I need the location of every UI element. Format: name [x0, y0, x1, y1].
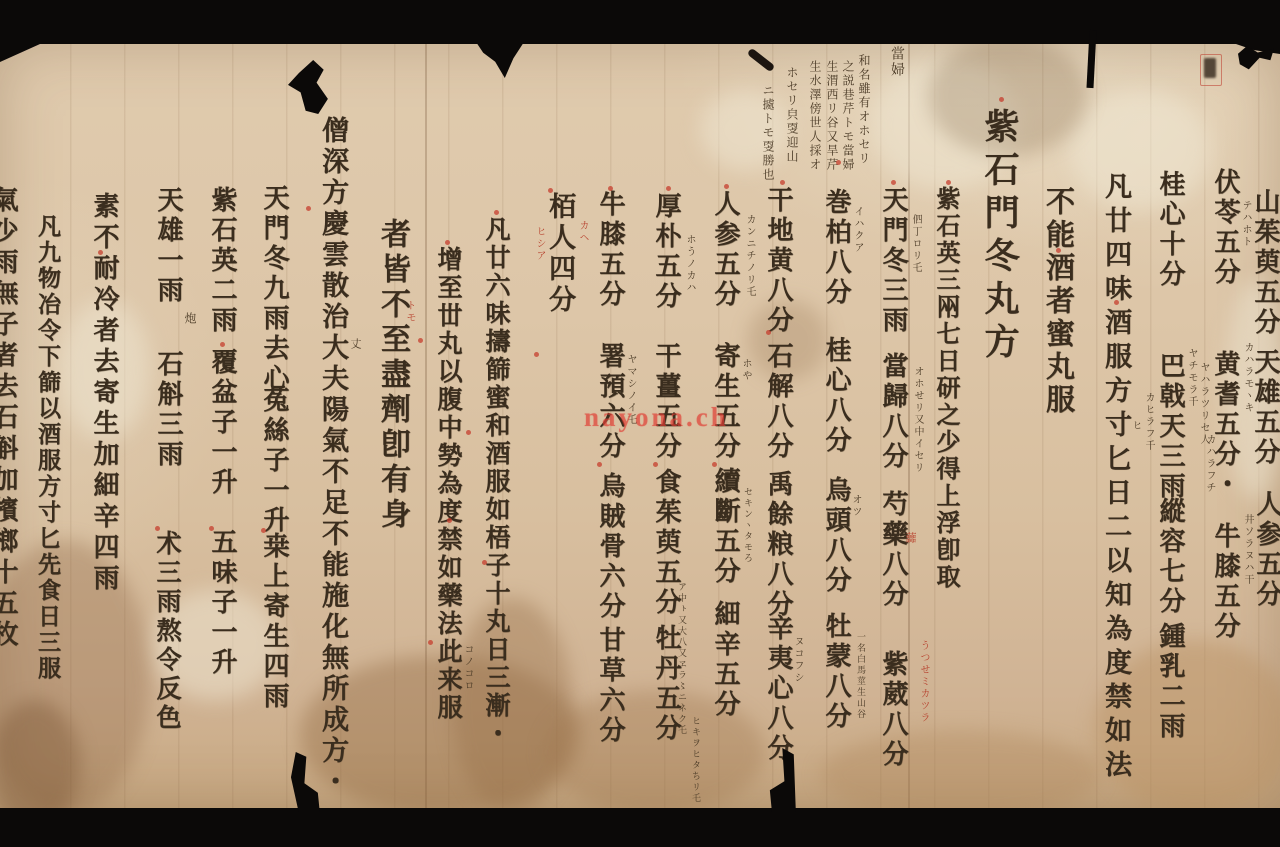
- text-column: 石解八分: [765, 342, 791, 462]
- text-column: 石斛三雨: [155, 350, 181, 470]
- annotation: カハラフチ: [1204, 434, 1214, 494]
- text-column: 芍藥八分: [880, 490, 906, 610]
- text-column: 巻柏八分: [823, 188, 849, 308]
- red-punctuation-dot: [447, 518, 452, 523]
- text-column: 天門冬三雨: [880, 186, 906, 336]
- watermark: nayona.ch: [584, 402, 729, 433]
- text-column: 天雄一雨: [155, 186, 181, 306]
- red-punctuation-dot: [428, 640, 433, 645]
- annotation: ホセリ㒵㪅迎山: [786, 66, 798, 164]
- text-column: 紫葳八分: [880, 650, 906, 770]
- annotation: セキンヽタモろ: [742, 487, 751, 564]
- text-column: 鍾乳二雨: [1157, 622, 1183, 742]
- text-column: 干地黄八分: [765, 186, 791, 336]
- annotation: カヘ: [577, 220, 587, 244]
- red-punctuation-dot: [724, 184, 729, 189]
- red-punctuation-dot: [482, 560, 487, 565]
- text-column: 桂心十分: [1157, 170, 1183, 290]
- red-punctuation-dot: [712, 462, 717, 467]
- annotation: ホうノカハ: [684, 234, 694, 294]
- red-punctuation-dot: [780, 180, 785, 185]
- annotation: 虈: [905, 532, 916, 545]
- red-punctuation-dot: [209, 526, 214, 531]
- text-column: 伏苓五分: [1212, 168, 1238, 288]
- text-column: 牡丹五分: [653, 624, 679, 744]
- text-column: 氣少雨無子者去石斛加檳榔十五枚: [0, 186, 16, 651]
- text-column: 桒上寄生四雨: [261, 532, 287, 712]
- text-column: 栢人四分: [546, 192, 573, 316]
- red-punctuation-dot: [466, 430, 471, 435]
- text-column: 天雄五分: [1252, 348, 1278, 468]
- pale-patch: [1070, 90, 1210, 210]
- annotation: 一名白馬莖生山谷: [855, 632, 864, 720]
- red-punctuation-dot: [1114, 300, 1119, 305]
- water-stain: [820, 730, 1100, 820]
- text-column: 牛膝五分: [1212, 522, 1238, 642]
- red-punctuation-dot: [220, 342, 225, 347]
- annotation: 和名雖有オホセリ: [858, 54, 870, 166]
- red-punctuation-dot: [597, 462, 602, 467]
- text-column: 烏頭八分: [823, 476, 849, 596]
- red-punctuation-dot: [548, 188, 553, 193]
- text-column: 菟絲子一升: [261, 386, 287, 536]
- annotation: ヒ: [1130, 420, 1140, 432]
- red-punctuation-dot: [999, 97, 1004, 102]
- text-column: 食茱萸五分: [653, 468, 679, 618]
- text-column: 增至丗丸以腹中㔟為度禁如藥法此来服: [436, 246, 461, 722]
- text-column: 五味子一升: [209, 528, 235, 678]
- annotation: トモ: [404, 300, 414, 324]
- text-column: 凡廿四味酒服方寸匕日二以知為度禁如法: [1102, 172, 1129, 784]
- pale-patch: [700, 90, 790, 170]
- corner-annotation-mark: [1204, 58, 1216, 78]
- red-punctuation-dot: [1056, 248, 1061, 253]
- red-punctuation-dot: [766, 330, 771, 335]
- annotation: ヌコフシ: [792, 636, 802, 684]
- text-column: 不能酒者蜜丸服: [1044, 186, 1073, 417]
- annotation: テハホト: [1240, 200, 1250, 248]
- text-column: 續斷五分: [712, 467, 738, 587]
- text-column: 人参五分: [712, 190, 738, 310]
- annotation: 井ソラヌハ干: [1242, 514, 1252, 586]
- annotation: ニ㨿トモ㪅勝也: [762, 84, 774, 182]
- water-stain: [452, 598, 572, 813]
- text-column: 黄耆五分・: [1212, 350, 1238, 500]
- annotation: カヒラフ千: [1143, 392, 1153, 452]
- annotation: オホせリ又中イセリ: [912, 366, 922, 474]
- annotation: カハラモヽキ: [1242, 342, 1252, 414]
- annotation: 當婦: [890, 46, 904, 78]
- red-punctuation-dot: [261, 528, 266, 533]
- text-column: 桂心八分: [823, 336, 849, 456]
- text-column: 僧深方慶雲散治大夫陽氣不足不能施化無所成方・: [319, 116, 346, 798]
- annotation: ヒキヲヒタちリ乇: [690, 716, 699, 804]
- red-punctuation-dot: [306, 206, 311, 211]
- text-column: 禹餘粮八分: [765, 470, 791, 620]
- text-column: 牛膝五分: [597, 190, 623, 310]
- annotation: カンニチノリ乇: [744, 214, 754, 298]
- text-column: 甘草六分: [597, 626, 623, 746]
- annotation: 伵丁ロリ乇: [910, 214, 920, 274]
- annotation: 生渭西リ谷又旱芹: [826, 60, 838, 172]
- text-column: 紫石英三㒳七日研之少得上浮卽取: [934, 186, 958, 591]
- red-punctuation-dot: [98, 250, 103, 255]
- red-punctuation-dot: [946, 180, 951, 185]
- annotation: うつせミカツラ: [918, 640, 928, 724]
- manuscript-photo: 山茱萸五分天雄五分人参五分伏苓五分テハホト黄耆五分・カハラモヽキヤハラツリセ人カ…: [0, 0, 1280, 847]
- text-column: 紫石門冬丸方: [982, 108, 1017, 366]
- text-column: 术三雨熬令反色: [155, 530, 180, 733]
- annotation: 之説巷芹トモ當婦: [842, 60, 854, 172]
- red-punctuation-dot: [653, 462, 658, 467]
- annotation: コノコロ: [462, 644, 472, 692]
- text-column: 覆盆子一升: [209, 348, 235, 498]
- text-column: 凡廿六味擣篩蜜和酒服如梧子十丸日三漸・: [484, 216, 509, 748]
- black-border-bottom: [0, 808, 1280, 847]
- text-column: 細辛五分: [712, 600, 738, 720]
- text-column: 巴戟天三雨: [1157, 352, 1183, 502]
- text-column: 素不耐冷者去寄生加細辛四雨: [91, 192, 117, 595]
- annotation: ヤチモラ千: [1186, 348, 1196, 408]
- text-column: 天門冬九雨去心: [261, 184, 287, 394]
- text-column: 辛夷心八分: [765, 614, 791, 764]
- text-column: 人参五分: [1254, 490, 1280, 610]
- annotation: イハクア: [852, 206, 862, 254]
- red-punctuation-dot: [534, 352, 539, 357]
- red-punctuation-dot: [836, 160, 841, 165]
- text-column: 烏賊骨六分: [597, 472, 623, 622]
- annotation: 生水澤傍世人採オ: [809, 60, 821, 172]
- red-punctuation-dot: [666, 186, 671, 191]
- text-column: 山茱萸五分: [1252, 188, 1278, 338]
- red-punctuation-dot: [418, 338, 423, 343]
- text-column: 牡蒙八分: [823, 612, 849, 732]
- red-punctuation-dot: [445, 240, 450, 245]
- red-punctuation-dot: [494, 210, 499, 215]
- annotation: オツ: [850, 494, 860, 518]
- annotation: ホや: [740, 358, 750, 382]
- annotation: 炮: [184, 312, 196, 326]
- red-punctuation-dot: [155, 526, 160, 531]
- black-border-top: [0, 0, 1280, 44]
- text-column: 紫石英二雨: [209, 186, 235, 336]
- text-column: 者皆不至盡劑卽有身: [377, 218, 407, 533]
- annotation: ヒシア: [534, 226, 544, 262]
- text-column: 凡九物冶令下篩以酒服方寸匕先食日三服: [36, 214, 59, 682]
- red-punctuation-dot: [891, 180, 896, 185]
- annotation: 丈: [350, 338, 361, 351]
- text-column: 當歸八分: [880, 352, 906, 472]
- text-column: 縱容七分: [1157, 497, 1183, 617]
- text-column: 厚朴五分: [653, 192, 679, 312]
- red-punctuation-dot: [608, 186, 613, 191]
